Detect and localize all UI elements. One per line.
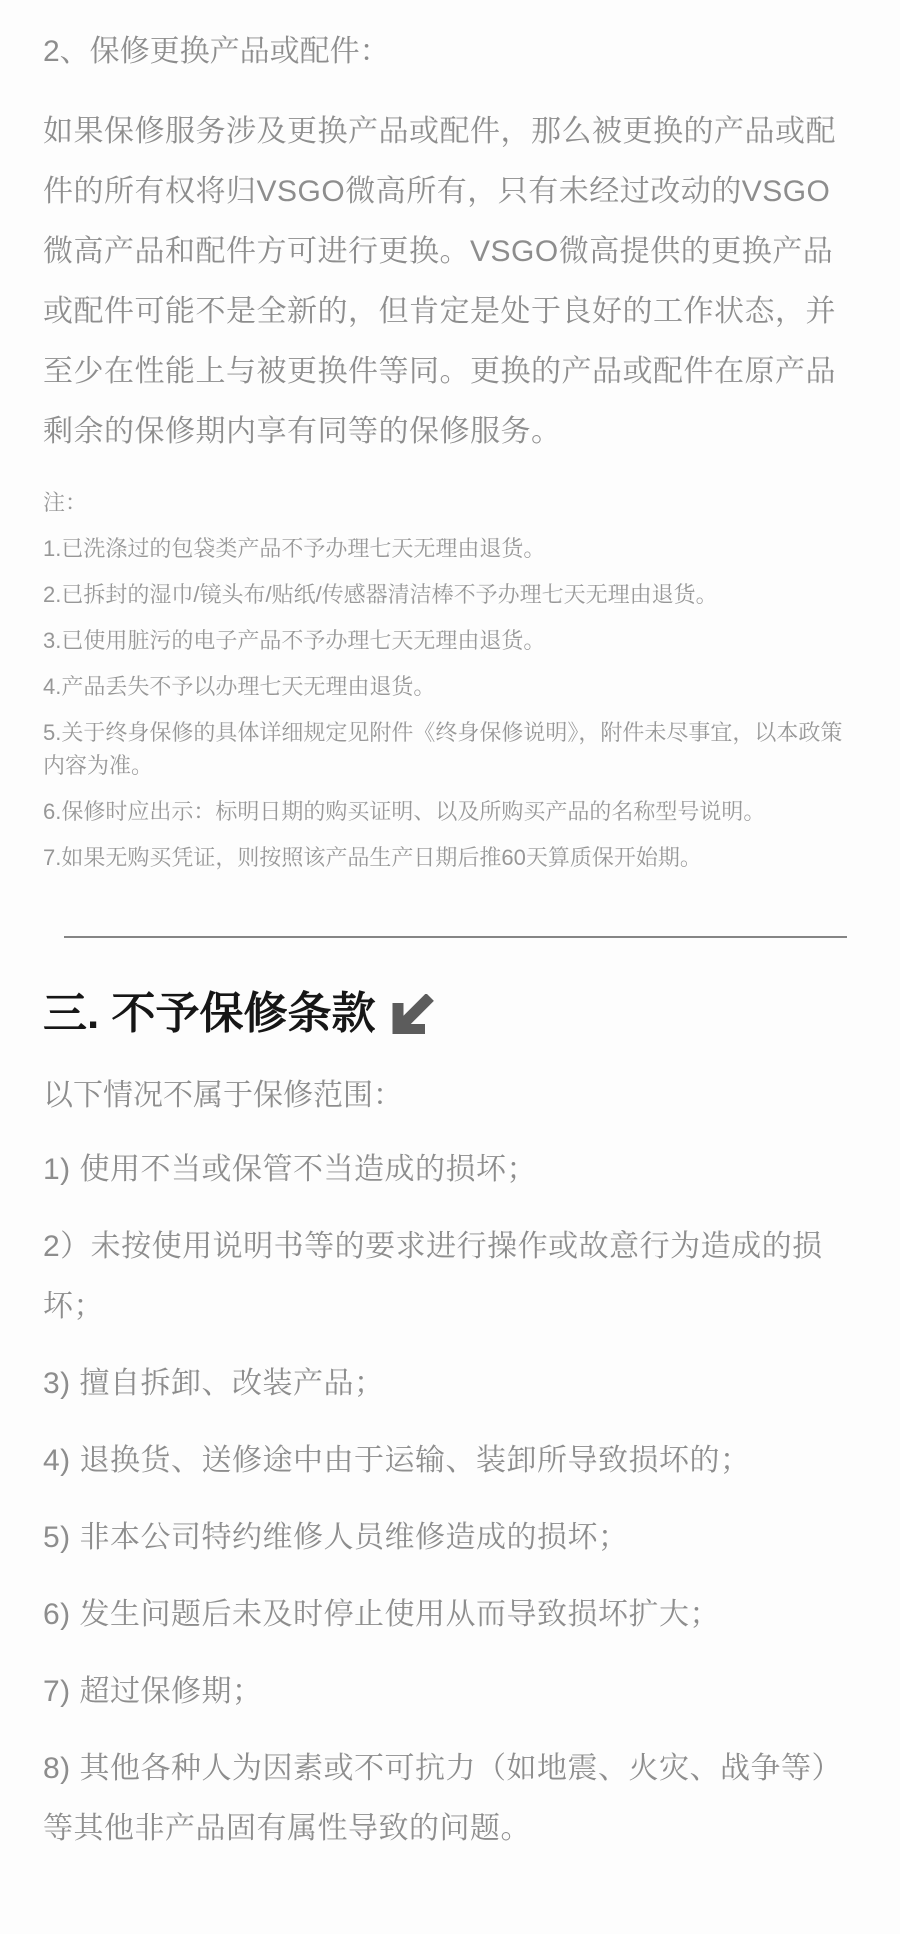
warranty-replacement-subtitle: 2、保修更换产品或配件： bbox=[43, 30, 858, 74]
exclusion-item-7: 7) 超过保修期； bbox=[43, 1662, 858, 1722]
note-item-2: 2.已拆封的湿巾/镜头布/贴纸/传感器清洁棒不予办理七天无理由退货。 bbox=[43, 578, 858, 611]
exclusion-item-2: 2）未按使用说明书等的要求进行操作或故意行为造成的损坏； bbox=[43, 1217, 858, 1337]
warranty-replacement-body: 如果保修服务涉及更换产品或配件，那么被更换的产品或配件的所有权将归VSGO微高所… bbox=[43, 102, 858, 462]
note-item-5: 5.关于终身保修的具体详细规定见附件《终身保修说明》，附件未尽事宜，以本政策内容… bbox=[43, 716, 858, 782]
exclusion-item-3: 3) 擅自拆卸、改装产品； bbox=[43, 1354, 858, 1414]
exclusions-heading-title: 三. 不予保修条款 bbox=[43, 986, 375, 1042]
note-item-7: 7.如果无购买凭证，则按照该产品生产日期后推60天算质保开始期。 bbox=[43, 841, 858, 874]
exclusions-list: 1) 使用不当或保管不当造成的损坏； 2）未按使用说明书等的要求进行操作或故意行… bbox=[43, 1140, 858, 1859]
page-content: 2、保修更换产品或配件： 如果保修服务涉及更换产品或配件，那么被更换的产品或配件… bbox=[0, 0, 900, 1859]
exclusion-item-1: 1) 使用不当或保管不当造成的损坏； bbox=[43, 1140, 858, 1200]
note-item-6: 6.保修时应出示：标明日期的购买证明、以及所购买产品的名称型号说明。 bbox=[43, 795, 858, 828]
exclusions-intro: 以下情况不属于保修范围： bbox=[43, 1074, 858, 1118]
exclusion-item-6: 6) 发生问题后未及时停止使用从而导致损坏扩大； bbox=[43, 1585, 858, 1645]
exclusions-heading-row: 三. 不予保修条款 bbox=[43, 986, 858, 1042]
note-item-4: 4.产品丢失不予以办理七天无理由退货。 bbox=[43, 670, 858, 703]
notes-label: 注： bbox=[43, 486, 858, 519]
note-item-1: 1.已洗涤过的包袋类产品不予办理七天无理由退货。 bbox=[43, 532, 858, 565]
note-item-3: 3.已使用脏污的电子产品不予办理七天无理由退货。 bbox=[43, 624, 858, 657]
exclusion-item-4: 4) 退换货、送修途中由于运输、装卸所导致损坏的； bbox=[43, 1431, 858, 1491]
section-divider bbox=[64, 936, 847, 938]
down-left-arrow-icon bbox=[389, 994, 435, 1034]
exclusion-item-8: 8) 其他各种人为因素或不可抗力（如地震、火灾、战争等）等其他非产品固有属性导致… bbox=[43, 1739, 858, 1859]
exclusion-item-5: 5) 非本公司特约维修人员维修造成的损坏； bbox=[43, 1508, 858, 1568]
warranty-policy-page: 2、保修更换产品或配件： 如果保修服务涉及更换产品或配件，那么被更换的产品或配件… bbox=[0, 0, 900, 1934]
